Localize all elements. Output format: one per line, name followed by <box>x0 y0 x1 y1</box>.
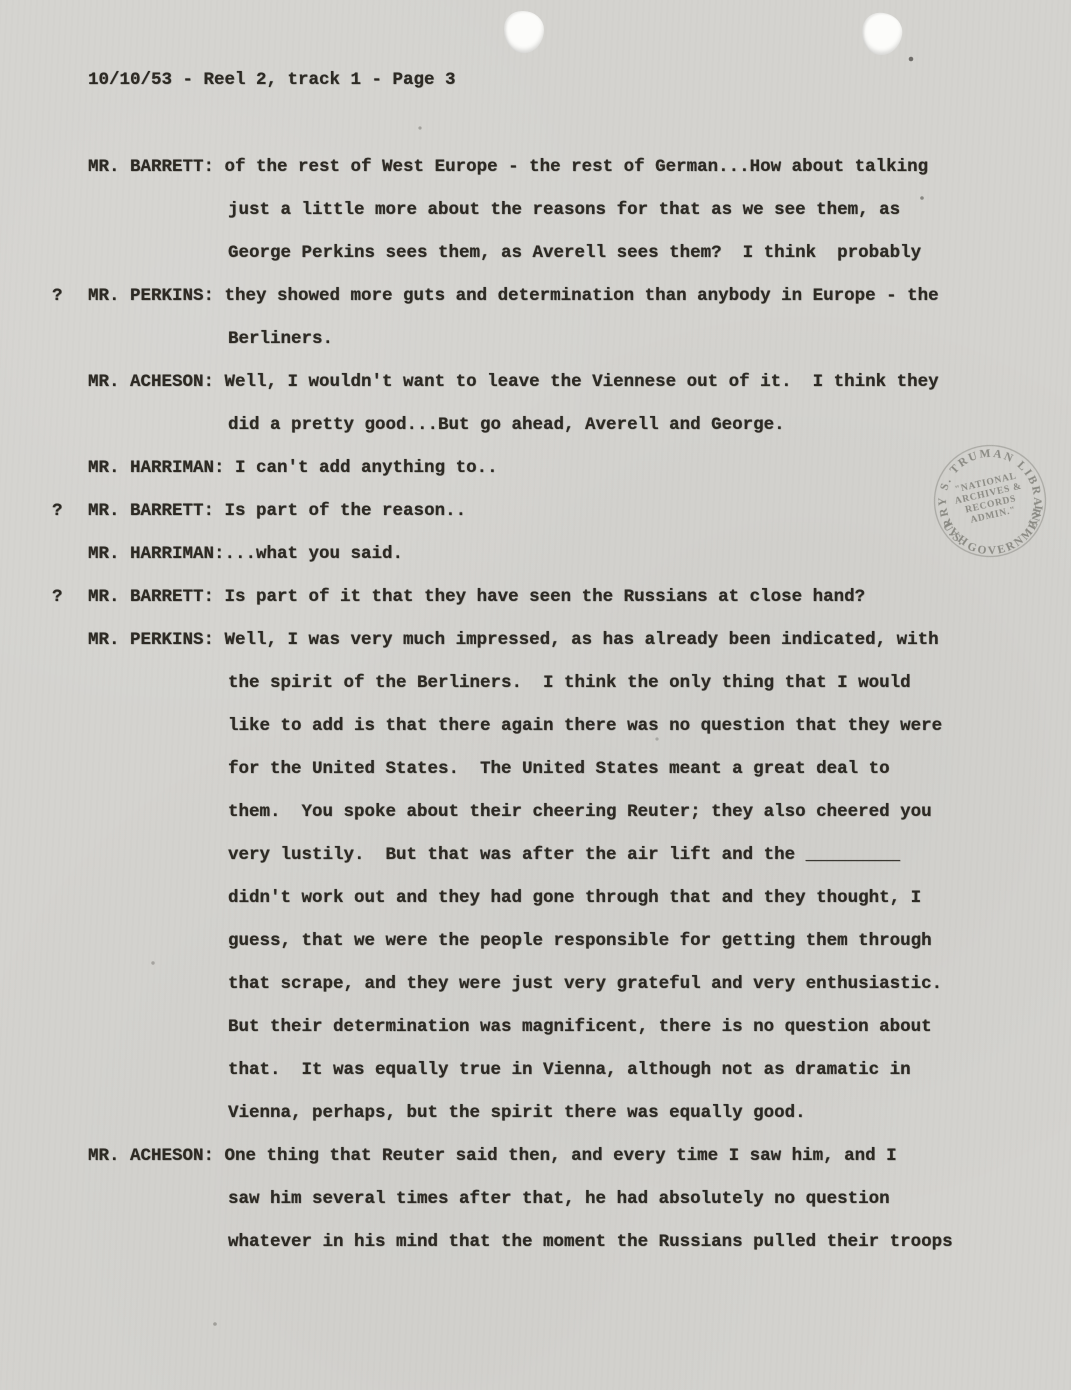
dialogue-first-line: MR. BARRETT: Is part of it that they hav… <box>228 576 1028 619</box>
page-header: 10/10/53 - Reel 2, track 1 - Page 3 <box>88 66 456 94</box>
transcript-paragraph: MR. ACHESON: Well, I wouldn't want to le… <box>88 361 1028 447</box>
hole-punch-left-icon <box>504 11 544 53</box>
transcript-body: MR. BARRETT: of the rest of West Europe … <box>88 146 1028 1264</box>
dialogue-line: them. You spoke about their cheering Reu… <box>228 791 1028 834</box>
speaker-label: MR. BARRETT: <box>88 501 225 521</box>
dialogue-line: that. It was equally true in Vienna, alt… <box>228 1049 1028 1092</box>
dialogue-line: Berliners. <box>228 318 1028 361</box>
dialogue-first-line: MR. BARRETT: Is part of the reason.. <box>228 490 1028 533</box>
transcript-paragraph: ?MR. BARRETT: Is part of the reason.. <box>88 490 1028 533</box>
dialogue-line: guess, that we were the people responsib… <box>228 920 1028 963</box>
transcript-paragraph: MR. HARRIMAN:...what you said. <box>88 533 1028 576</box>
dialogue-line: like to add is that there again there wa… <box>228 705 1028 748</box>
margin-question-mark: ? <box>52 490 63 533</box>
speaker-label: MR. ACHESON: <box>88 1146 225 1166</box>
speaker-label: MR. BARRETT: <box>88 157 225 177</box>
dialogue-line: George Perkins sees them, as Averell see… <box>228 232 1028 275</box>
dialogue-line: just a little more about the reasons for… <box>228 189 1028 232</box>
transcript-paragraph: ?MR. PERKINS: they showed more guts and … <box>88 275 1028 361</box>
dialogue-line: But their determination was magnificent,… <box>228 1006 1028 1049</box>
transcript-paragraph: MR. ACHESON: One thing that Reuter said … <box>88 1135 1028 1264</box>
dialogue-line: whatever in his mind that the moment the… <box>228 1221 1028 1264</box>
paper-specks <box>0 0 2 2</box>
transcript-paragraph: MR. PERKINS: Well, I was very much impre… <box>88 619 1028 1135</box>
dialogue-first-line: MR. HARRIMAN:...what you said. <box>228 533 1028 576</box>
speaker-label: MR. BARRETT: <box>88 587 225 607</box>
transcript-paragraph: MR. BARRETT: of the rest of West Europe … <box>88 146 1028 275</box>
speaker-label: MR. HARRIMAN: <box>88 458 235 478</box>
dialogue-line: didn't work out and they had gone throug… <box>228 877 1028 920</box>
margin-question-mark: ? <box>52 576 63 619</box>
speaker-label: MR. HARRIMAN: <box>88 544 225 564</box>
dialogue-line: the spirit of the Berliners. I think the… <box>228 662 1028 705</box>
speaker-label: MR. PERKINS: <box>88 630 225 650</box>
dialogue-first-line: MR. PERKINS: Well, I was very much impre… <box>228 619 1028 662</box>
dialogue-line: very lustily. But that was after the air… <box>228 834 1028 877</box>
document-page: 10/10/53 - Reel 2, track 1 - Page 3 MR. … <box>0 0 1071 1390</box>
dialogue-first-line: MR. ACHESON: Well, I wouldn't want to le… <box>228 361 1028 404</box>
dialogue-line: Vienna, perhaps, but the spirit there wa… <box>228 1092 1028 1135</box>
dialogue-line: for the United States. The United States… <box>228 748 1028 791</box>
transcript-paragraph: MR. HARRIMAN: I can't add anything to.. <box>88 447 1028 490</box>
dialogue-first-line: MR. BARRETT: of the rest of West Europe … <box>228 146 1028 189</box>
hole-punch-right-icon <box>859 10 904 57</box>
dialogue-first-line: MR. ACHESON: One thing that Reuter said … <box>228 1135 1028 1178</box>
margin-question-mark: ? <box>52 275 63 318</box>
speaker-label: MR. ACHESON: <box>88 372 225 392</box>
dialogue-line: that scrape, and they were just very gra… <box>228 963 1028 1006</box>
dialogue-line: did a pretty good...But go ahead, Averel… <box>228 404 1028 447</box>
transcript-paragraph: ?MR. BARRETT: Is part of it that they ha… <box>88 576 1028 619</box>
dialogue-first-line: MR. PERKINS: they showed more guts and d… <box>228 275 1028 318</box>
dialogue-line: saw him several times after that, he had… <box>228 1178 1028 1221</box>
speaker-label: MR. PERKINS: <box>88 286 225 306</box>
